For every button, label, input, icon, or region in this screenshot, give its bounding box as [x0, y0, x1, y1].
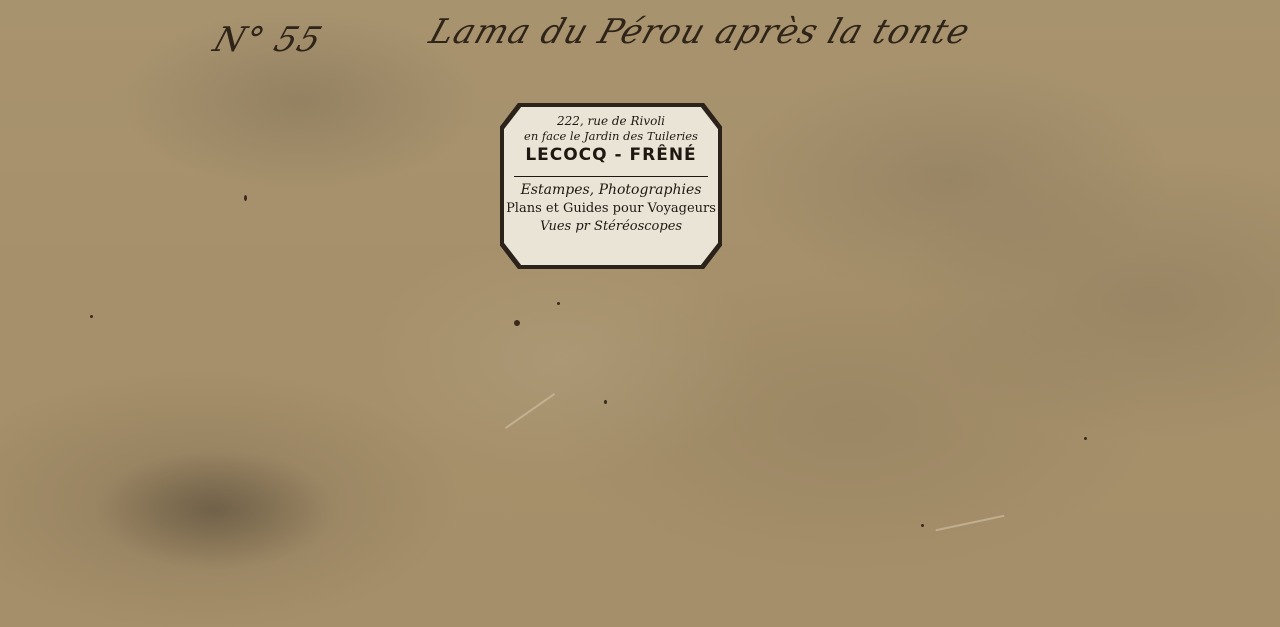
handwritten-caption: N° 55 Lama du Pérou après la tonte — [205, 6, 1265, 76]
dealer-label: 222, rue de Rivoli en face le Jardin des… — [500, 103, 722, 269]
caption-text: Lama du Pérou après la tonte — [425, 12, 976, 52]
ink-spot — [90, 315, 93, 318]
scratch-mark — [936, 515, 1005, 532]
caption-number: N° 55 — [209, 20, 328, 60]
ink-spot — [244, 195, 247, 201]
label-line-3: Vues pr Stéréoscopes — [500, 220, 722, 233]
scratch-mark — [505, 393, 555, 429]
ink-spot — [1084, 437, 1087, 440]
ink-spot — [921, 524, 924, 527]
stereoview-card-back: N° 55 Lama du Pérou après la tonte 222, … — [0, 0, 1280, 627]
label-address: 222, rue de Rivoli — [500, 115, 722, 127]
ink-spot — [604, 400, 607, 404]
label-business-name: LECOCQ - FRÊNÉ — [500, 147, 722, 164]
label-location: en face le Jardin des Tuileries — [500, 131, 722, 143]
ink-spot — [557, 302, 560, 305]
ink-spot — [514, 320, 520, 326]
label-divider — [514, 176, 708, 177]
label-line-2: Plans et Guides pour Voyageurs — [500, 202, 722, 215]
label-line-1: Estampes, Photographies — [500, 183, 722, 197]
